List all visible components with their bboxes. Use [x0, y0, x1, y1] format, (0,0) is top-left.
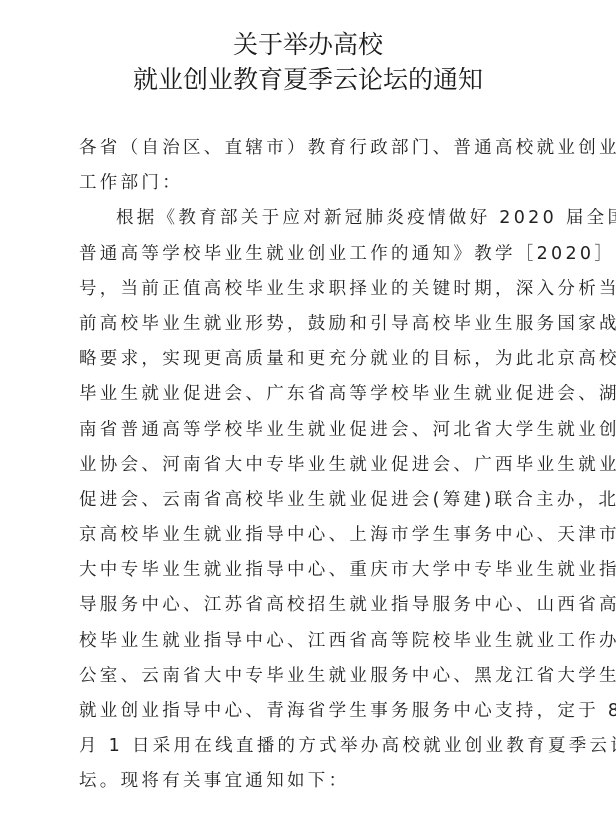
body-line: 促进会、云南省高校毕业生就业促进会(筹建)联合主办，北 — [79, 483, 539, 518]
document-body: 各省（自治区、直辖市）教育行政部门、普通高校就业创业 工作部门： 根据《教育部关… — [79, 131, 539, 800]
body-line: 号，当前正值高校毕业生求职择业的关键时期，深入分析当 — [79, 272, 539, 307]
document-title-line-1: 关于举办高校 — [0, 28, 616, 62]
body-line: 工作部门： — [79, 166, 539, 201]
body-line: 公室、云南省大中专毕业生就业服务中心、黑龙江省大学生 — [79, 659, 539, 694]
body-line: 各省（自治区、直辖市）教育行政部门、普通高校就业创业 — [79, 131, 539, 166]
body-line: 导服务中心、江苏省高校招生就业指导服务中心、山西省高 — [79, 588, 539, 623]
body-line: 大中专毕业生就业指导中心、重庆市大学中专毕业生就业指 — [79, 553, 539, 588]
body-line: 毕业生就业促进会、广东省高等学校毕业生就业促进会、湖 — [79, 377, 539, 412]
body-line: 京高校毕业生就业指导中心、上海市学生事务中心、天津市 — [79, 518, 539, 553]
body-line: 南省普通高等学校毕业生就业促进会、河北省大学生就业创 — [79, 413, 539, 448]
body-line: 校毕业生就业指导中心、江西省高等院校毕业生就业工作办 — [79, 624, 539, 659]
document-title-line-2: 就业创业教育夏季云论坛的通知 — [0, 63, 616, 97]
body-line: 坛。现将有关事宜通知如下： — [79, 764, 539, 799]
body-line: 业协会、河南省大中专毕业生就业促进会、广西毕业生就业 — [79, 448, 539, 483]
body-line: 根据《教育部关于应对新冠肺炎疫情做好 2020 届全国 — [79, 201, 539, 236]
body-line: 前高校毕业生就业形势，鼓励和引导高校毕业生服务国家战 — [79, 307, 539, 342]
body-line: 略要求，实现更高质量和更充分就业的目标，为此北京高校 — [79, 342, 539, 377]
document-page: 关于举办高校 就业创业教育夏季云论坛的通知 各省（自治区、直辖市）教育行政部门、… — [0, 0, 616, 834]
body-line: 就业创业指导中心、青海省学生事务服务中心支持，定于 8 — [79, 694, 539, 729]
body-line: 月 1 日采用在线直播的方式举办高校就业创业教育夏季云论 — [79, 729, 539, 764]
body-line: 普通高等学校毕业生就业创业工作的通知》教学［2020］2 — [79, 237, 539, 272]
